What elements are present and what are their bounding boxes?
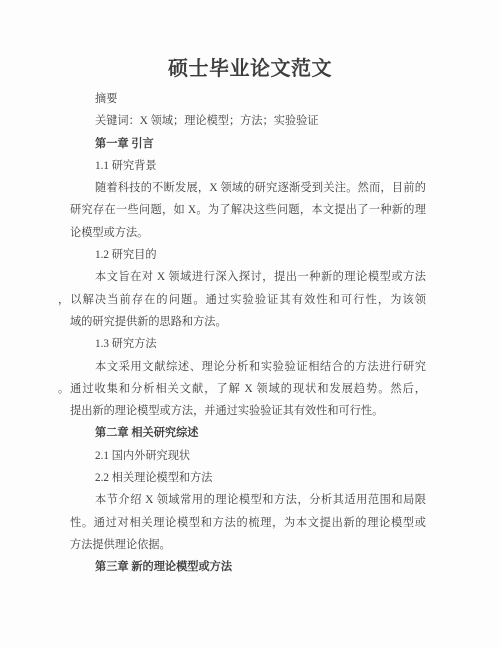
document-line: 2.1 国内外研究现状	[70, 445, 426, 467]
document-line: 关键词：X 领域；理论模型；方法；实验验证	[70, 110, 426, 132]
document-line: 摘要	[70, 88, 426, 110]
document-line: 论模型或方法。	[70, 222, 426, 244]
document-line: 本文采用文献综述、理论分析和实验验证相结合的方法进行研究	[70, 356, 426, 378]
document-title: 硕士毕业论文范文	[0, 54, 500, 84]
document-line: 1.2 研究目的	[70, 244, 426, 266]
document-line: 研究存在一些问题，如 X。为了解决这些问题，本文提出了一种新的理	[70, 199, 426, 221]
document-line: 2.2 相关理论模型和方法	[70, 467, 426, 489]
document-line: 本文旨在对 X 领域进行深入探讨，提出一种新的理论模型或方法	[70, 266, 426, 288]
document-page: 硕士毕业论文范文 摘要关键词：X 领域；理论模型；方法；实验验证第一章 引言1.…	[0, 0, 500, 647]
document-line: 第二章 相关研究综述	[70, 422, 426, 444]
document-line: 性。通过对相关理论模型和方法的梳理，为本文提出新的理论模型或	[70, 512, 426, 534]
document-line: 本节介绍 X 领域常用的理论模型和方法，分析其适用范围和局限	[70, 489, 426, 511]
document-line: 第一章 引言	[70, 133, 426, 155]
document-line: 1.1 研究背景	[70, 155, 426, 177]
document-line: 1.3 研究方法	[70, 333, 426, 355]
document-line: 方法提供理论依据。	[70, 534, 426, 556]
document-line: 域的研究提供新的思路和方法。	[70, 311, 426, 333]
document-line: ，以解决当前存在的问题。通过实验验证其有效性和可行性，为该领	[70, 289, 426, 311]
document-body: 摘要关键词：X 领域；理论模型；方法；实验验证第一章 引言1.1 研究背景随着科…	[70, 88, 426, 579]
document-line: 随着科技的不断发展，X 领域的研究逐渐受到关注。然而，目前的	[70, 177, 426, 199]
document-line: 第三章 新的理论模型或方法	[70, 556, 426, 578]
document-line: 。通过收集和分析相关文献，了解 X 领域的现状和发展趋势。然后，	[70, 378, 426, 400]
document-line: 提出新的理论模型或方法，并通过实验验证其有效性和可行性。	[70, 400, 426, 422]
